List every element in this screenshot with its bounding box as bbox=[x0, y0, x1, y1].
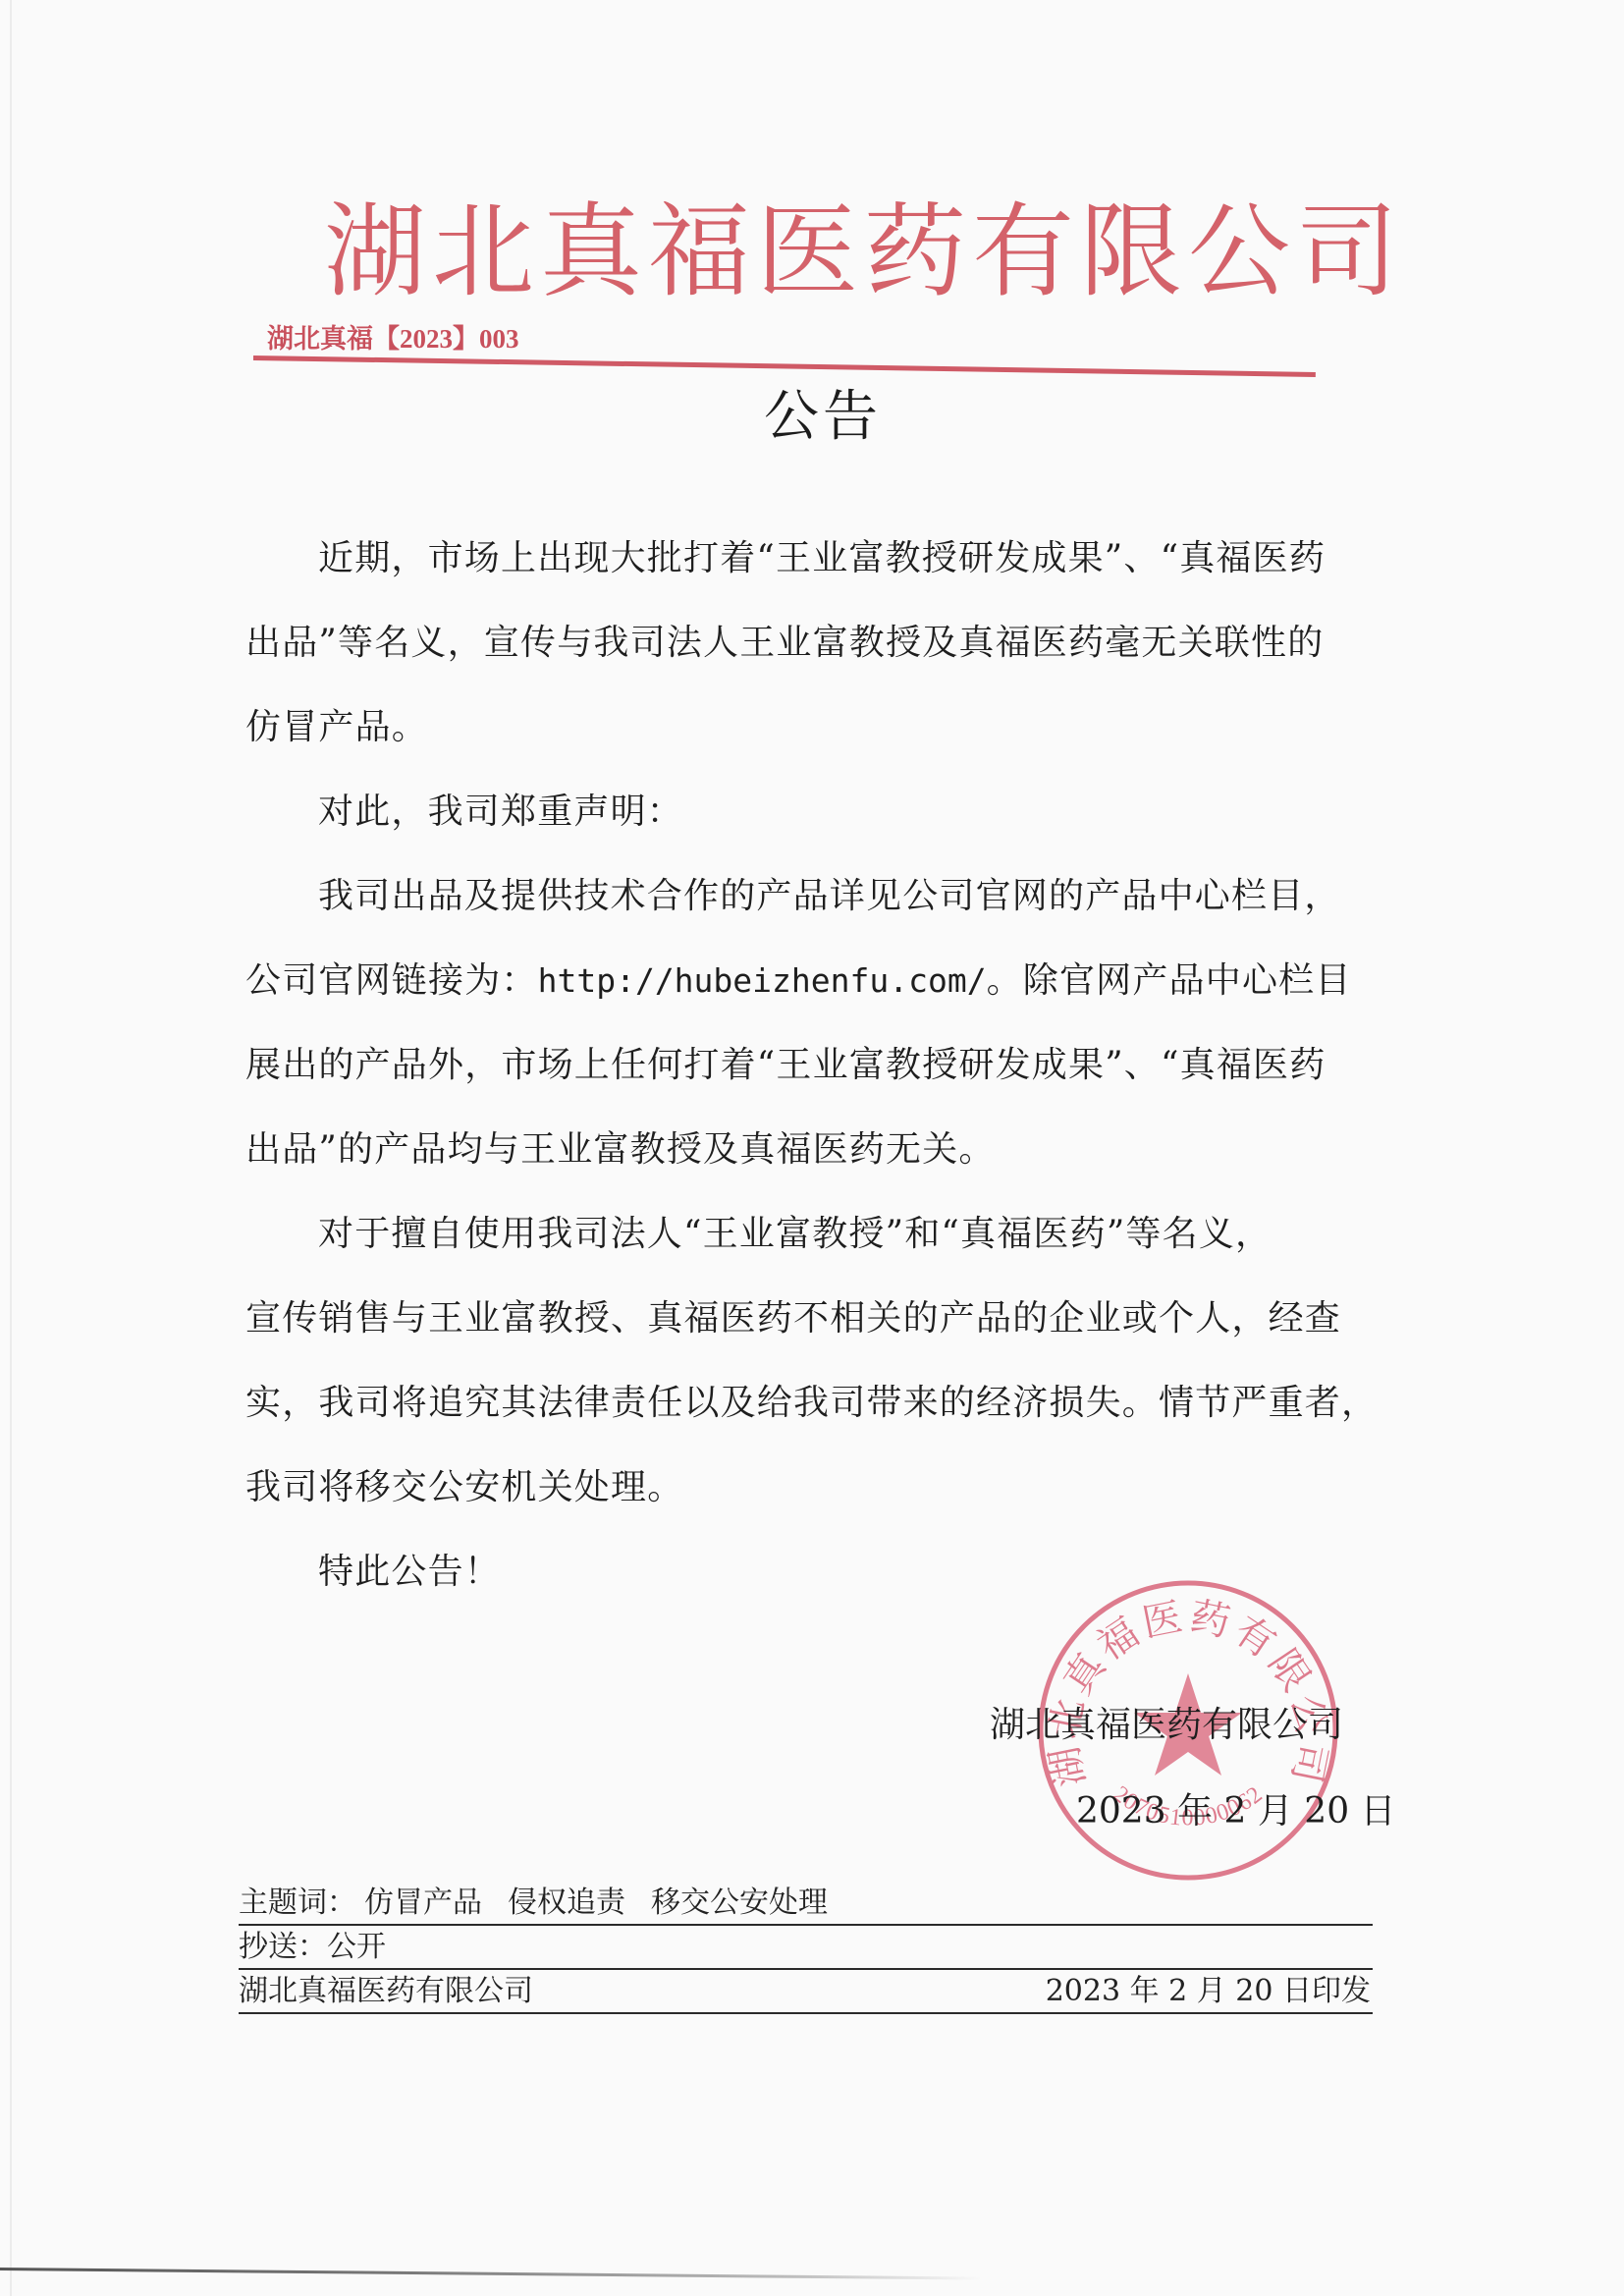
letterhead-company-title: 湖北真福医药有限公司 bbox=[324, 192, 1316, 310]
signature-date: 2023 年 2 月 20 日 bbox=[1076, 1787, 1396, 1836]
keyword: 移交公安处理 bbox=[651, 1886, 828, 1920]
url-suffix: 。除官网产品中心栏目 bbox=[987, 960, 1352, 1001]
official-website-link[interactable]: http://hubeizhenfu.com/ bbox=[538, 961, 987, 1000]
keywords-row: 主题词：仿冒产品侵权追责移交公安处理 bbox=[239, 1884, 1373, 1923]
body-line: 对于擅自使用我司法人“王业富教授”和“真福医药”等名义， bbox=[245, 1192, 1384, 1277]
body-line: 我司出品及提供技术合作的产品详见公司官网的产品中心栏目， bbox=[245, 854, 1384, 939]
paragraph-market-notice: 近期，市场上出现大批打着“王业富教授研发成果”、“真福医药 出品”等名义，宣传与… bbox=[245, 517, 1384, 770]
body-line: 展出的产品外，市场上任何打着“王业富教授研发成果”、“真福医药 bbox=[245, 1023, 1384, 1108]
issuer-name: 湖北真福医药有限公司 bbox=[239, 1974, 533, 2008]
document-body: 近期，市场上出现大批打着“王业富教授研发成果”、“真福医药 出品”等名义，宣传与… bbox=[245, 517, 1384, 1614]
cc-label: 抄送： bbox=[239, 1930, 327, 1964]
issue-date: 2023 年 2 月 20 日印发 bbox=[1046, 1972, 1371, 2011]
scan-edge-bottom bbox=[0, 2268, 982, 2280]
body-line: 我司将移交公安机关处理。 bbox=[245, 1446, 1384, 1530]
body-line: 仿冒产品。 bbox=[245, 685, 1384, 770]
scan-edge-left bbox=[10, 0, 12, 2296]
body-line: 近期，市场上出现大批打着“王业富教授研发成果”、“真福医药 bbox=[245, 517, 1384, 601]
keyword: 仿冒产品 bbox=[364, 1886, 482, 1920]
body-line-with-url: 公司官网链接为：http://hubeizhenfu.com/。除官网产品中心栏… bbox=[245, 939, 1384, 1023]
body-line: 宣传销售与王业富教授、真福医药不相关的产品的企业或个人，经查 bbox=[245, 1277, 1384, 1361]
cc-value: 公开 bbox=[327, 1930, 386, 1964]
issuer-row: 湖北真福医药有限公司 2023 年 2 月 20 日印发 bbox=[239, 1972, 1373, 2011]
body-line: 对此，我司郑重声明： bbox=[245, 770, 1384, 854]
url-prefix: 公司官网链接为： bbox=[245, 960, 538, 1001]
footer-rule bbox=[239, 1968, 1373, 1970]
keyword: 侵权追责 bbox=[508, 1886, 625, 1920]
letterhead-red-rule bbox=[253, 355, 1316, 377]
document-page: 湖北真福医药有限公司 湖北真福【2023】003 公告 近期，市场上出现大批打着… bbox=[0, 0, 1624, 2296]
footer-rule bbox=[239, 1924, 1373, 1926]
paragraph-official-products: 我司出品及提供技术合作的产品详见公司官网的产品中心栏目， 公司官网链接为：htt… bbox=[245, 854, 1384, 1192]
signature-company: 湖北真福医药有限公司 bbox=[990, 1701, 1343, 1750]
document-number: 湖北真福【2023】003 bbox=[267, 322, 519, 355]
body-line: 实，我司将追究其法律责任以及给我司带来的经济损失。情节严重者， bbox=[245, 1361, 1384, 1446]
body-line: 出品”的产品均与王业富教授及真福医药无关。 bbox=[245, 1108, 1384, 1192]
body-line: 出品”等名义，宣传与我司法人王业富教授及真福医药毫无关联性的 bbox=[245, 601, 1384, 685]
paragraph-declaration-intro: 对此，我司郑重声明： bbox=[245, 770, 1384, 854]
document-heading: 公告 bbox=[764, 383, 882, 452]
paragraph-legal-warning: 对于擅自使用我司法人“王业富教授”和“真福医药”等名义， 宣传销售与王业富教授、… bbox=[245, 1192, 1384, 1530]
cc-row: 抄送：公开 bbox=[239, 1928, 1373, 1967]
footer-rule bbox=[239, 2012, 1373, 2014]
document-footer: 主题词：仿冒产品侵权追责移交公安处理 抄送：公开 湖北真福医药有限公司 2023… bbox=[239, 1884, 1373, 2016]
keywords-label: 主题词： bbox=[239, 1886, 356, 1920]
